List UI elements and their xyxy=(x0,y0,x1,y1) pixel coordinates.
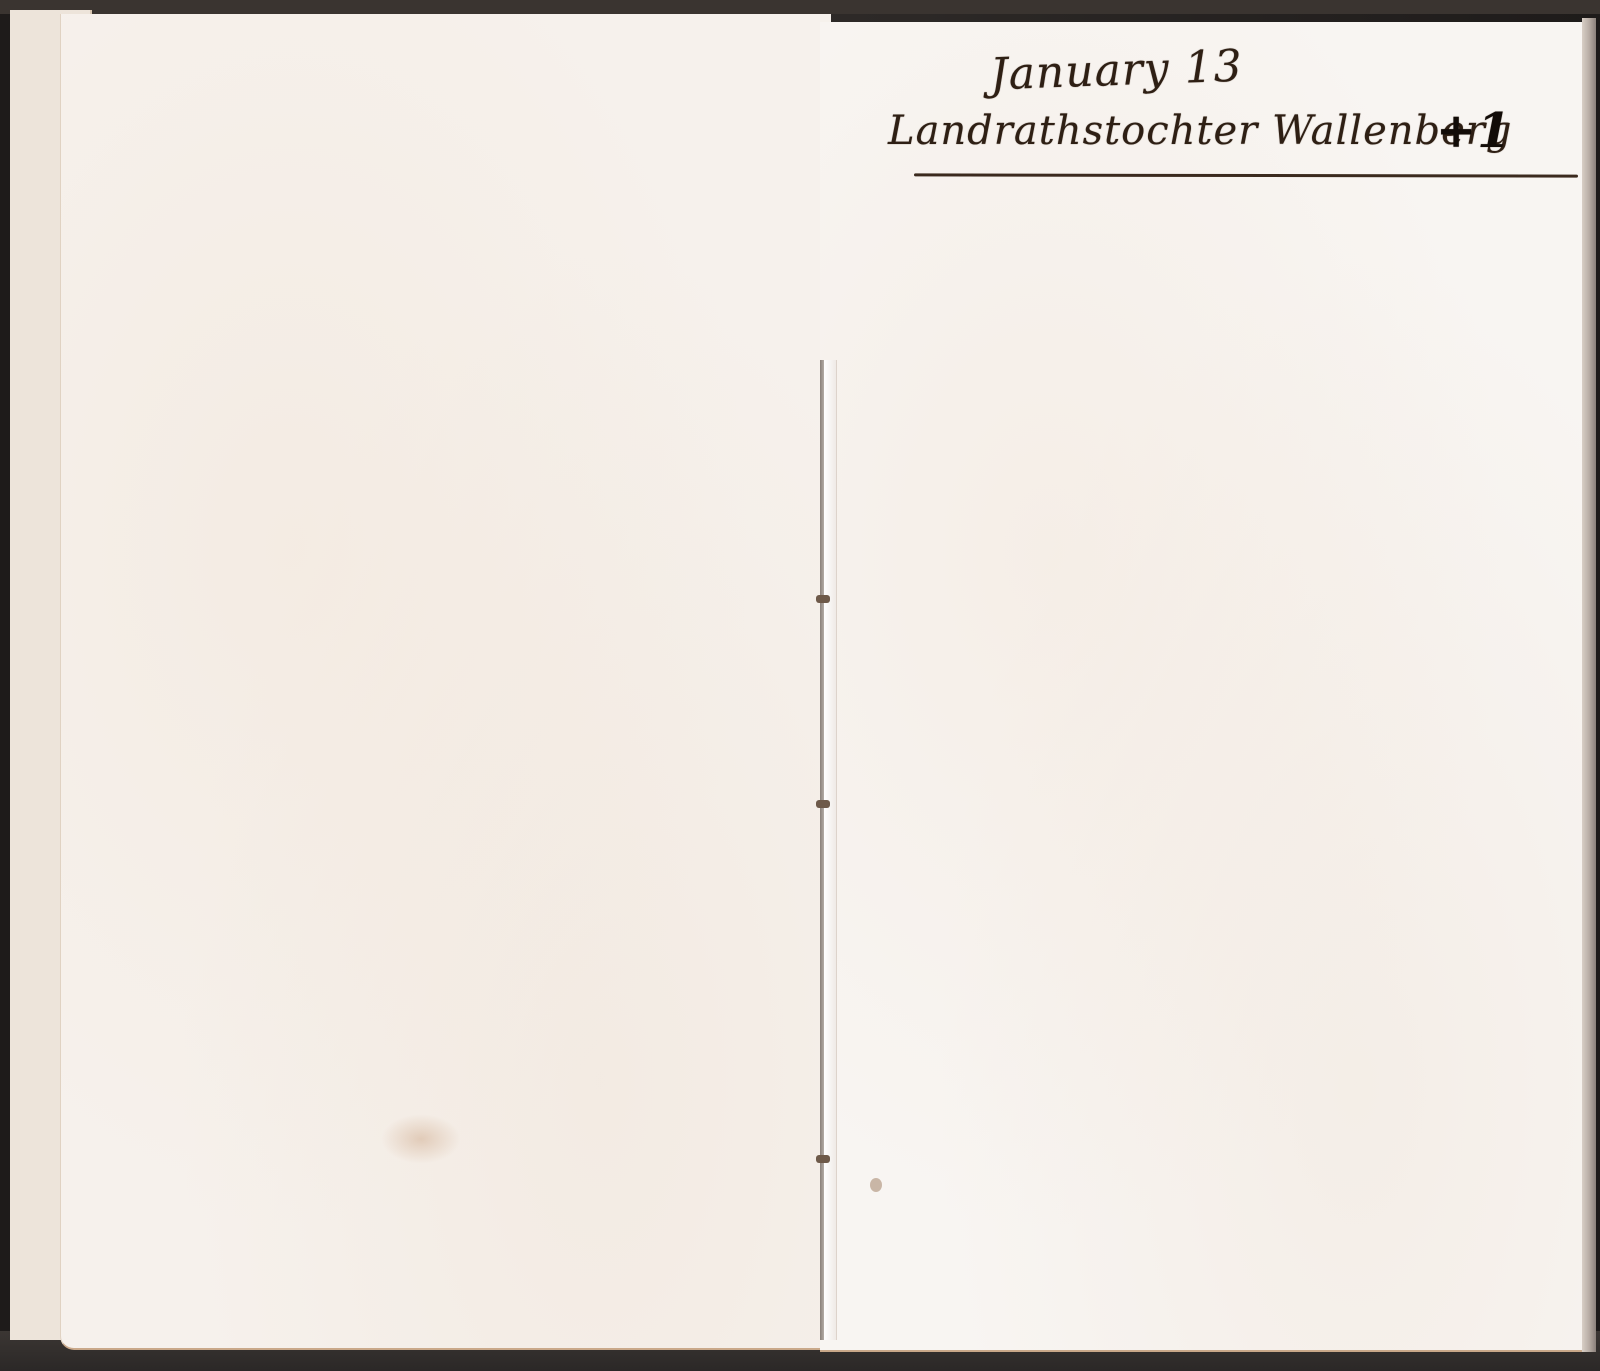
entry-date: January 13 xyxy=(989,41,1243,101)
paper-spot xyxy=(870,1178,882,1192)
foxing-stain xyxy=(381,1114,461,1164)
stitch-hole xyxy=(816,800,830,808)
entry-mark: +1 xyxy=(1436,103,1512,159)
right-page-edges xyxy=(1582,18,1596,1352)
stitch-hole xyxy=(816,595,830,603)
entry-name: Landrathstochter Wallenberg xyxy=(888,108,1513,154)
page-fold xyxy=(824,360,837,1340)
right-page xyxy=(820,22,1588,1352)
stitch-hole xyxy=(816,1155,830,1163)
left-page xyxy=(60,14,831,1350)
binding-gutter xyxy=(812,360,842,1340)
cover-top-edge xyxy=(0,0,1600,14)
